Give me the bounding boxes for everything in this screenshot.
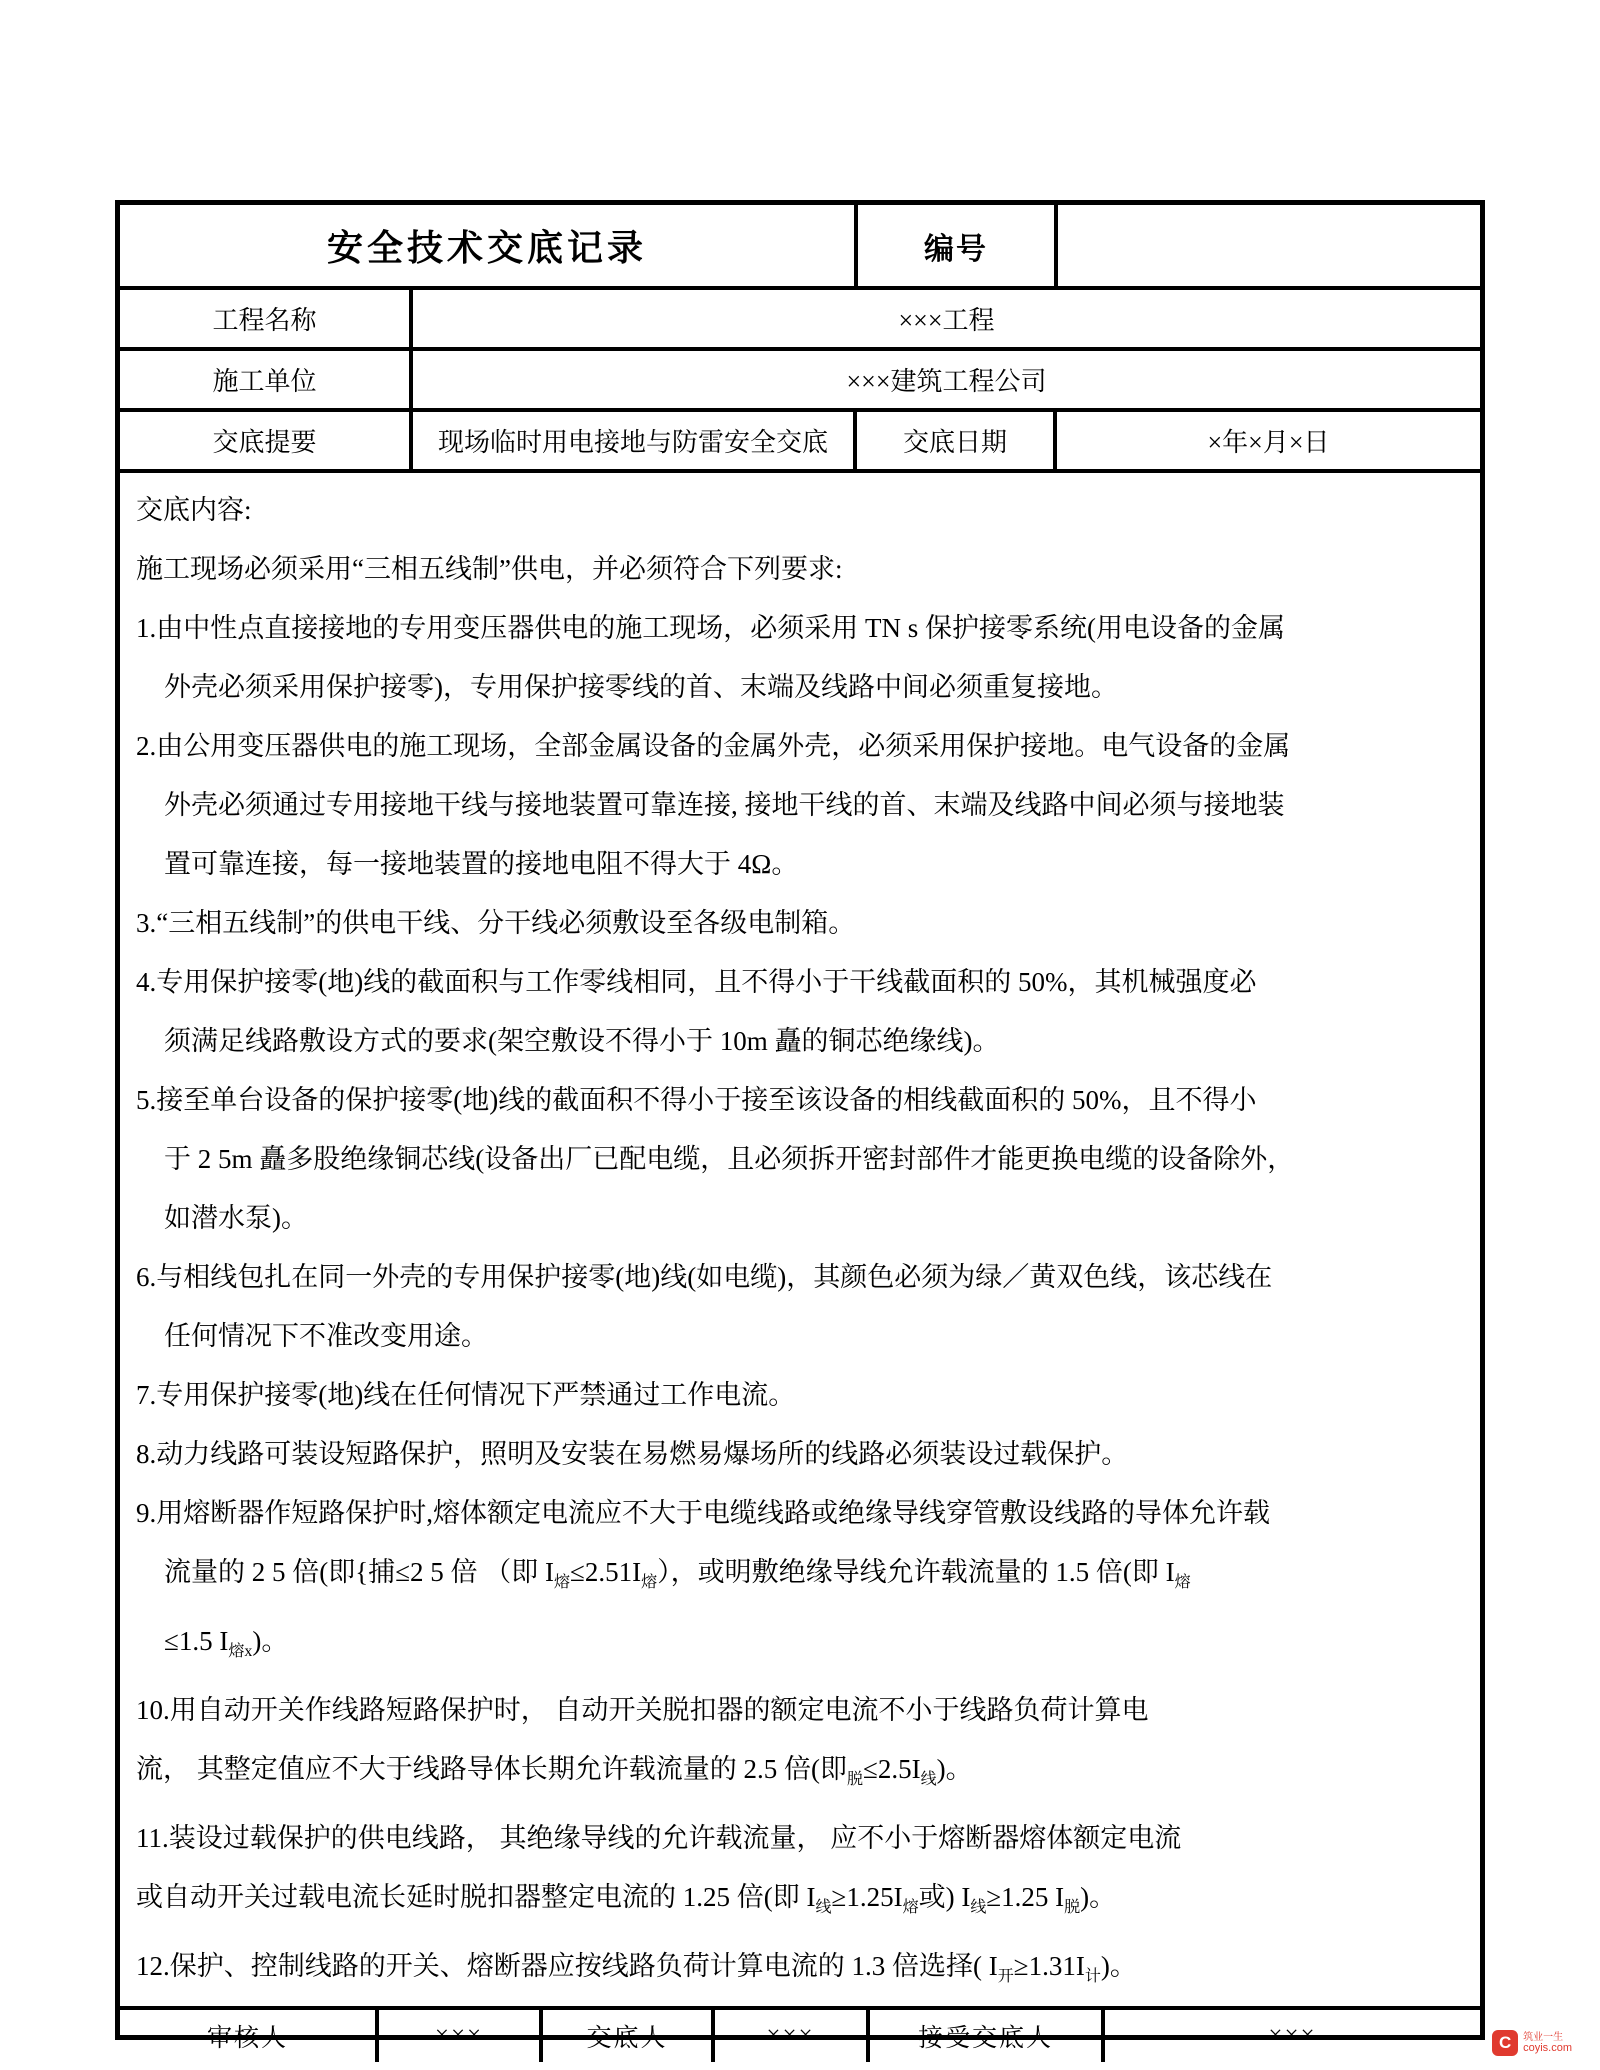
- content-heading: 交底内容:: [136, 481, 1466, 540]
- content-line: 7.专用保护接零(地)线在任何情况下严禁通过工作电流。: [136, 1366, 1466, 1425]
- project-name-row: 工程名称 ×××工程: [120, 290, 1480, 351]
- content-line: 施工现场必须采用“三相五线制”供电，并必须符合下列要求:: [136, 540, 1466, 599]
- project-name-label: 工程名称: [120, 290, 413, 347]
- content-line: 流量的 2 5 倍(即{捕≤2 5 倍 （即 I熔≤2.51I熔），或明敷绝缘导…: [136, 1543, 1466, 1612]
- watermark-logo-icon: C: [1492, 2030, 1518, 2056]
- safety-disclosure-table: 安全技术交底记录 编号 工程名称 ×××工程 施工单位 ×××建筑工程公司 交底…: [115, 200, 1485, 2040]
- receiver-value: ×××: [1105, 2010, 1480, 2062]
- content-line: 12.保护、控制线路的开关、熔断器应按线路负荷计算电流的 1.3 倍选择( I开…: [136, 1937, 1466, 2006]
- signature-row: 审核人 ××× 交底人 ××× 接受交底人 ×××: [120, 2010, 1480, 2062]
- contractor-value: ×××建筑工程公司: [413, 351, 1480, 408]
- content-line: 3.“三相五线制”的供电干线、分干线必须敷设至各级电制箱。: [136, 894, 1466, 953]
- site-watermark: C 筑业一生 coyis.com: [1492, 2030, 1572, 2056]
- content-line: 11.装设过载保护的供电线路， 其绝缘导线的允许载流量， 应不小于熔断器熔体额定…: [136, 1809, 1466, 1868]
- content-line: 6.与相线包扎在同一外壳的专用保护接零(地)线(如电缆)，其颜色必须为绿／黄双色…: [136, 1248, 1466, 1307]
- title-row: 安全技术交底记录 编号: [120, 205, 1480, 290]
- watermark-site-url: coyis.com: [1523, 2043, 1572, 2054]
- discloser-value: ×××: [715, 2010, 870, 2062]
- summary-value: 现场临时用电接地与防雷安全交底: [413, 412, 857, 469]
- content-line: 外壳必须采用保护接零)，专用保护接零线的首、末端及线路中间必须重复接地。: [136, 658, 1466, 717]
- summary-label: 交底提要: [120, 412, 413, 469]
- content-body: 施工现场必须采用“三相五线制”供电，并必须符合下列要求:1.由中性点直接接地的专…: [136, 540, 1466, 2006]
- project-name-value: ×××工程: [413, 290, 1480, 347]
- contractor-row: 施工单位 ×××建筑工程公司: [120, 351, 1480, 412]
- reviewer-value: ×××: [379, 2010, 543, 2062]
- receiver-label: 接受交底人: [870, 2010, 1105, 2062]
- reviewer-label: 审核人: [120, 2010, 379, 2062]
- number-label: 编号: [858, 205, 1058, 286]
- content-line: 置可靠连接，每一接地装置的接地电阻不得大于 4Ω。: [136, 835, 1466, 894]
- content-line: 8.动力线路可装设短路保护，照明及安装在易燃易爆场所的线路必须装设过载保护。: [136, 1425, 1466, 1484]
- content-line: 任何情况下不准改变用途。: [136, 1307, 1466, 1366]
- content-area: 交底内容: 施工现场必须采用“三相五线制”供电，并必须符合下列要求:1.由中性点…: [120, 473, 1480, 2010]
- content-line: ≤1.5 I熔x)。: [136, 1612, 1466, 1681]
- content-line: 9.用熔断器作短路保护时,熔体额定电流应不大于电缆线路或绝缘导线穿管敷设线路的导…: [136, 1484, 1466, 1543]
- page-title: 安全技术交底记录: [120, 205, 858, 286]
- summary-row: 交底提要 现场临时用电接地与防雷安全交底 交底日期 ×年×月×日: [120, 412, 1480, 473]
- content-line: 或自动开关过载电流长延时脱扣器整定电流的 1.25 倍(即 I线≥1.25I熔或…: [136, 1868, 1466, 1937]
- disclosure-date-value: ×年×月×日: [1057, 412, 1480, 469]
- content-line: 2.由公用变压器供电的施工现场，全部金属设备的金属外壳，必须采用保护接地。电气设…: [136, 717, 1466, 776]
- content-line: 5.接至单台设备的保护接零(地)线的截面积不得小于接至该设备的相线截面积的 50…: [136, 1071, 1466, 1130]
- content-line: 于 2 5m 矗多股绝缘铜芯线(设备出厂已配电缆，且必须拆开密封部件才能更换电缆…: [136, 1130, 1466, 1189]
- number-value-cell: [1058, 205, 1480, 286]
- content-line: 1.由中性点直接接地的专用变压器供电的施工现场，必须采用 TN s 保护接零系统…: [136, 599, 1466, 658]
- content-line: 如潜水泵)。: [136, 1189, 1466, 1248]
- content-line: 外壳必须通过专用接地干线与接地装置可靠连接, 接地干线的首、末端及线路中间必须与…: [136, 776, 1466, 835]
- contractor-label: 施工单位: [120, 351, 413, 408]
- content-line: 4.专用保护接零(地)线的截面积与工作零线相同，且不得小于干线截面积的 50%，…: [136, 953, 1466, 1012]
- disclosure-date-label: 交底日期: [857, 412, 1057, 469]
- content-line: 流， 其整定值应不大于线路导体长期允许载流量的 2.5 倍(即脱≤2.5I线)。: [136, 1740, 1466, 1809]
- content-line: 须满足线路敷设方式的要求(架空敷设不得小于 10m 矗的铜芯绝缘线)。: [136, 1012, 1466, 1071]
- discloser-label: 交底人: [543, 2010, 715, 2062]
- content-line: 10.用自动开关作线路短路保护时， 自动开关脱扣器的额定电流不小于线路负荷计算电: [136, 1681, 1466, 1740]
